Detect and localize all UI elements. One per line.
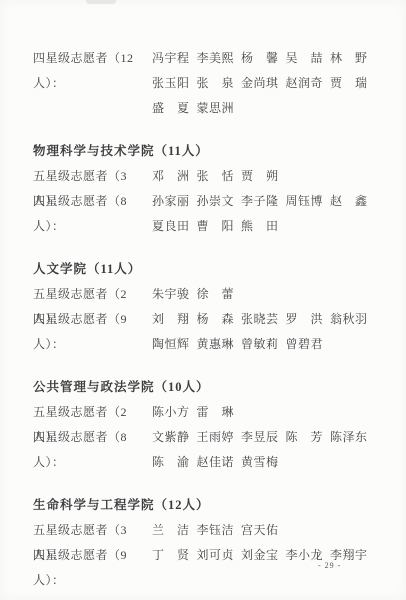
- volunteer-block-life-science: 生命科学与工程学院（12人） 五星级志愿者（3人）： 兰 洁 李钰洁 宫天佑 四…: [33, 493, 388, 568]
- volunteer-row: 四星级志愿者（8人）： 孙家丽 孙崇文 李子隆 周钰博 赵 鑫: [33, 189, 388, 214]
- volunteer-names: 刘 翔 杨 森 张晓芸 罗 洪 翁秋羽: [152, 307, 388, 332]
- volunteer-row: 五星级志愿者（3人）： 邓 洲 张 恬 贾 朔: [33, 164, 388, 189]
- document-content: 四星级志愿者（12人）： 冯宇程 李美熙 杨 馨 吴 喆 林 野 张玉阳 张 泉…: [33, 46, 388, 586]
- role-label: 四星级志愿者（9人）：: [33, 543, 152, 568]
- scan-artifact: [86, 0, 116, 4]
- volunteer-block-humanities: 人文学院（11人） 五星级志愿者（2人）： 朱宇骏 徐 蕾 四星级志愿者（9人）…: [33, 257, 388, 357]
- role-label: [33, 214, 152, 239]
- volunteer-names: 兰 洁 李钰洁 宫天佑: [152, 518, 388, 543]
- volunteer-row: 四星级志愿者（12人）： 冯宇程 李美熙 杨 馨 吴 喆 林 野: [33, 46, 388, 71]
- volunteer-names: 陶恒辉 黄惠琳 曾敏莉 曾碧君: [152, 332, 388, 357]
- college-header: 生命科学与工程学院（12人）: [33, 493, 388, 518]
- volunteer-row: 四星级志愿者（9人）： 刘 翔 杨 森 张晓芸 罗 洪 翁秋羽: [33, 307, 388, 332]
- volunteer-row: 夏良田 曹 阳 熊 田: [33, 214, 388, 239]
- volunteer-names: 陈 渝 赵佳诺 黄雪梅: [152, 450, 388, 475]
- volunteer-row: 盛 夏 蒙思洲: [33, 96, 388, 121]
- volunteer-block-continuation: 四星级志愿者（12人）： 冯宇程 李美熙 杨 馨 吴 喆 林 野 张玉阳 张 泉…: [33, 46, 388, 121]
- role-label: 四星级志愿者（9人）：: [33, 307, 152, 332]
- scanned-document-page: 四星级志愿者（12人）： 冯宇程 李美熙 杨 馨 吴 喆 林 野 张玉阳 张 泉…: [0, 0, 406, 600]
- volunteer-row: 张玉阳 张 泉 金尚琪 赵润奇 贾 瑞: [33, 71, 388, 96]
- role-label: 四星级志愿者（8人）：: [33, 189, 152, 214]
- volunteer-row: 五星级志愿者（3人）： 兰 洁 李钰洁 宫天佑: [33, 518, 388, 543]
- role-label: [33, 96, 152, 121]
- volunteer-row: 五星级志愿者（2人）： 陈小方 雷 琳: [33, 400, 388, 425]
- volunteer-names: 冯宇程 李美熙 杨 馨 吴 喆 林 野: [152, 46, 388, 71]
- role-label: [33, 71, 152, 96]
- role-label: 四星级志愿者（8人）：: [33, 425, 152, 450]
- volunteer-names: 张玉阳 张 泉 金尚琪 赵润奇 贾 瑞: [152, 71, 388, 96]
- volunteer-names: 丁 贤 刘可贞 刘金宝 李小龙 李翔宇: [152, 543, 388, 568]
- volunteer-names: 陈小方 雷 琳: [152, 400, 388, 425]
- role-label: 五星级志愿者（2人）：: [33, 400, 152, 425]
- role-label: 五星级志愿者（2人）：: [33, 282, 152, 307]
- role-label: [33, 332, 152, 357]
- volunteer-names: 朱宇骏 徐 蕾: [152, 282, 388, 307]
- volunteer-block-physics: 物理科学与技术学院（11人） 五星级志愿者（3人）： 邓 洲 张 恬 贾 朔 四…: [33, 139, 388, 239]
- college-header: 物理科学与技术学院（11人）: [33, 139, 388, 164]
- role-label: 五星级志愿者（3人）：: [33, 164, 152, 189]
- role-label: [33, 450, 152, 475]
- role-label: 四星级志愿者（12人）：: [33, 46, 152, 71]
- college-header: 公共管理与政法学院（10人）: [33, 375, 388, 400]
- volunteer-names: 孙家丽 孙崇文 李子隆 周钰博 赵 鑫: [152, 189, 388, 214]
- page-number: - 29 -: [318, 561, 341, 570]
- volunteer-row: 陶恒辉 黄惠琳 曾敏莉 曾碧君: [33, 332, 388, 357]
- volunteer-row: 陈 渝 赵佳诺 黄雪梅: [33, 450, 388, 475]
- role-label: 五星级志愿者（3人）：: [33, 518, 152, 543]
- volunteer-block-public-admin-law: 公共管理与政法学院（10人） 五星级志愿者（2人）： 陈小方 雷 琳 四星级志愿…: [33, 375, 388, 475]
- volunteer-names: 夏良田 曹 阳 熊 田: [152, 214, 388, 239]
- volunteer-names: 邓 洲 张 恬 贾 朔: [152, 164, 388, 189]
- volunteer-row: 五星级志愿者（2人）： 朱宇骏 徐 蕾: [33, 282, 388, 307]
- college-header: 人文学院（11人）: [33, 257, 388, 282]
- volunteer-row: 四星级志愿者（8人）： 文紫静 王雨婷 李昱辰 陈 芳 陈泽东: [33, 425, 388, 450]
- volunteer-names: 文紫静 王雨婷 李昱辰 陈 芳 陈泽东: [152, 425, 388, 450]
- volunteer-names: 盛 夏 蒙思洲: [152, 96, 388, 121]
